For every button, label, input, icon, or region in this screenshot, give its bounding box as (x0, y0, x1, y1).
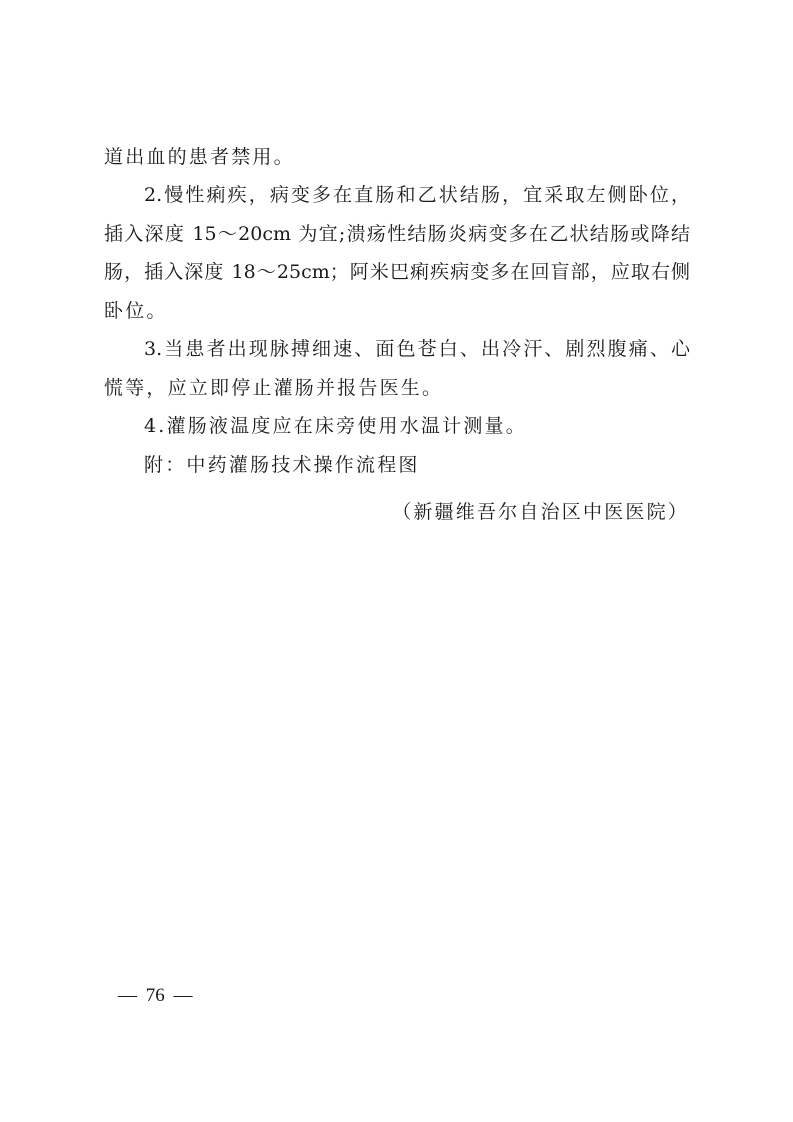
paragraph-4: 4.灌肠液温度应在床旁使用水温计测量。 (144, 414, 527, 438)
paragraph-continuation: 道出血的患者禁用。 (104, 145, 295, 169)
appendix-note: 附：中药灌肠技术操作流程图 (144, 453, 420, 477)
paragraph-2-line-4: 卧位。 (104, 299, 168, 323)
document-page: 道出血的患者禁用。 2.慢性痢疾，病变多在直肠和乙状结肠，宜采取左侧卧位， 插入… (0, 0, 793, 1122)
signature: （新疆维吾尔自治区中医医院） (392, 500, 689, 524)
paragraph-2-line-3: 肠，插入深度 18～25cm；阿米巴痢疾病变多在回盲部，应取右侧 (104, 260, 690, 284)
paragraph-3-line-2: 慌等，应立即停止灌肠并报告医生。 (104, 376, 443, 400)
paragraph-2-line-1: 2.慢性痢疾，病变多在直肠和乙状结肠，宜采取左侧卧位， (144, 183, 690, 207)
paragraph-2-line-2: 插入深度 15～20cm 为宜;溃疡性结肠炎病变多在乙状结肠或降结 (104, 222, 690, 246)
paragraph-3-line-1: 3.当患者出现脉搏细速、面色苍白、出冷汗、剧烈腹痛、心 (144, 337, 690, 361)
page-number: — 76 — (118, 985, 193, 1007)
